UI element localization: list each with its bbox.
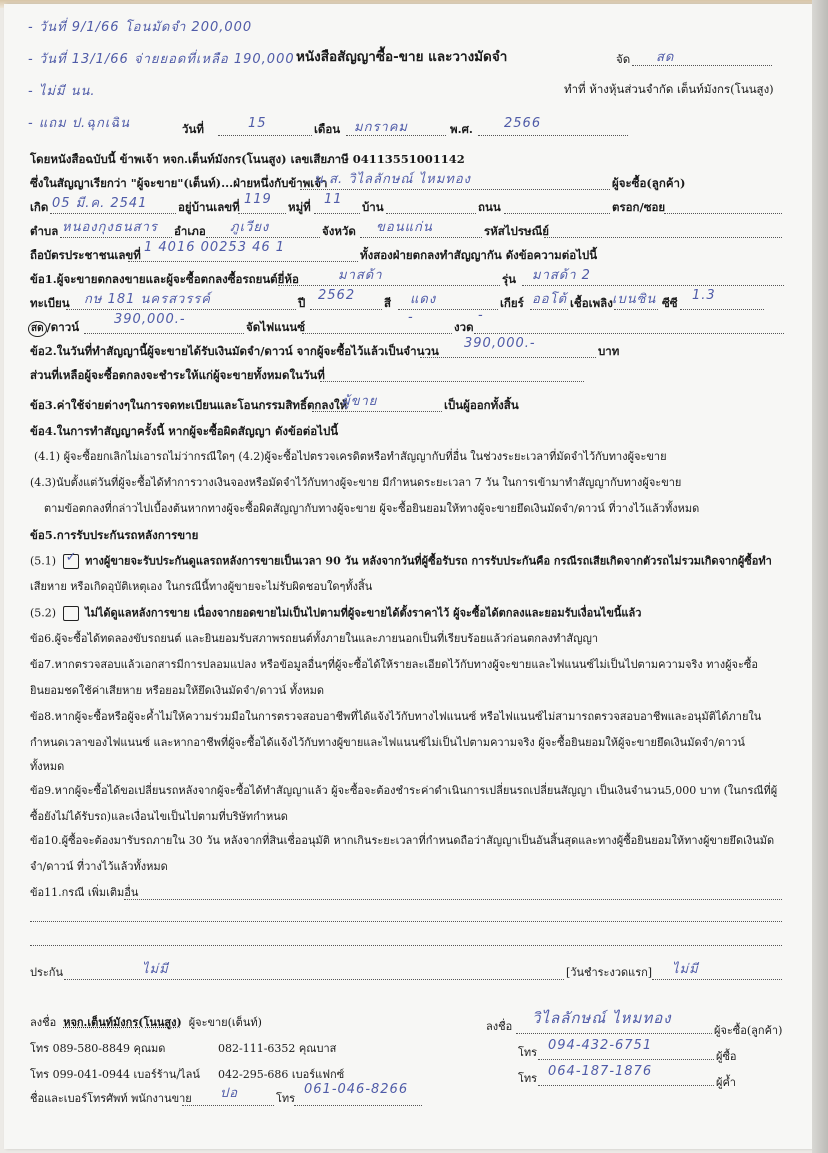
clause7-line2: ยินยอมชดใช้ค่าเสียหาย หรือยอมให้ยึดเงินม…: [30, 684, 324, 698]
note-balance: - วันที่ 13/1/66 จ่ายยอดที่เหลือ 190,000: [28, 48, 295, 69]
fuel-value: เบนซิน: [612, 288, 656, 309]
insurance-value: ไม่มี: [142, 958, 169, 979]
finance-line: [302, 332, 452, 334]
reg-label: ทะเบียน: [30, 296, 70, 310]
clause2-label: ข้อ2.ในวันที่ทำสัญญานี้ผู้จะขายได้รับเงิ…: [30, 344, 439, 358]
jad-value: สด: [656, 46, 674, 67]
down-value: 390,000.-: [114, 312, 186, 327]
clause3-suffix: เป็นผู้ออกทั้งสิ้น: [444, 398, 519, 412]
gear-label: เกียร์: [500, 296, 524, 310]
insurance-line: [64, 978, 564, 980]
soi-line: [664, 212, 782, 214]
cc-value: 1.3: [692, 288, 716, 303]
tambon-label: ตำบล: [30, 224, 58, 238]
phone3: โทร 099-041-0944 เบอร์ร้าน/ไลน์: [30, 1068, 200, 1082]
check-mark-icon: ✓: [66, 551, 77, 565]
clause3-label: ข้อ3.ค่าใช้จ่ายต่างๆในการจดทะเบียนและโอน…: [30, 398, 347, 412]
installment-label: งวด: [454, 320, 474, 334]
village-line: [386, 212, 476, 214]
salesperson-name-line: [182, 1104, 274, 1106]
clause5-label: ข้อ5.การรับประกันรถหลังการขาย: [30, 528, 198, 542]
amphoe-label: อำเภอ: [174, 224, 206, 238]
clause11-line1: [124, 898, 782, 900]
seller-sign-label: ลงชื่อ: [30, 1016, 56, 1029]
insurance-label: ประกัน: [30, 966, 63, 980]
installment-value: -: [478, 308, 484, 323]
buyer-label: ผู้จะซื้อ(ลูกค้า): [612, 176, 685, 190]
guarantor-phone-line: [538, 1084, 714, 1086]
month-label: เดือน: [314, 122, 340, 136]
salesperson-label: ชื่อและเบอร์โทรศัพท์ พนักงานขาย: [30, 1092, 192, 1106]
phone1: โทร 089-580-8849 คุณมด: [30, 1042, 165, 1056]
guarantor-phone: 064-187-1876: [548, 1064, 652, 1079]
clause4-line1: (4.1) ผู้จะซื้อยกเลิกไม่เอารถไม่ว่ากรณีใ…: [34, 450, 667, 464]
clause4-line3: ตามข้อตกลงที่กล่าวไปเบื้องต้นหากทางผู้จะ…: [44, 502, 699, 516]
payment-type: สด/ดาวน์: [28, 320, 79, 337]
clause2-amount: 390,000.-: [464, 336, 536, 351]
made-at: ทำที่ ห้างหุ้นส่วนจำกัด เต็นท์มังกร(โนนส…: [564, 82, 774, 96]
clause11-line3: [30, 944, 782, 946]
clause2-amount-line: [420, 356, 596, 358]
clause7-line1: ข้อ7.หากตรวจสอบแล้วเอกสารมีการปลอมแปลง ห…: [30, 658, 758, 672]
clause8-line3: ทั้งหมด: [30, 760, 64, 774]
first-payment-label: [วันชำระงวดแรก]: [566, 966, 652, 980]
contract-page: - วันที่ 9/1/66 โอนมัดจำ 200,000 - วันที…: [4, 4, 812, 1149]
buyer-phone-line: [538, 1058, 714, 1060]
brand-line: [278, 284, 500, 286]
intro-text: โดยหนังสือฉบับนี้ ข้าพเจ้า หจก.เต็นท์มัง…: [30, 152, 465, 166]
day-label: วันที่: [182, 122, 204, 136]
down-label: /ดาวน์: [47, 320, 79, 334]
salesperson-name: ปอ: [220, 1082, 238, 1103]
month-value: มกราคม: [354, 116, 408, 137]
paper-edge-shadow: [812, 0, 828, 1153]
id-label: ถือบัตรประชาชนเลขที่: [30, 248, 141, 262]
clause11-line2: [30, 920, 782, 922]
soi-label: ตรอก/ซอย: [612, 200, 665, 214]
clause5-opt1: (5.1) ✓ ทางผู้ขายจะรับประกันดูแลรถหลังกา…: [30, 554, 772, 569]
cc-line: [680, 308, 764, 310]
salesperson-phone: 061-046-8266: [304, 1082, 408, 1097]
year-label: พ.ศ.: [450, 122, 473, 136]
model-label: รุ่น: [502, 272, 516, 286]
opt2-line1: ไม่ได้ดูแลหลังการขาย เนื่องจากยอดขายไม่เ…: [85, 607, 641, 620]
moo-line: [314, 212, 360, 214]
warranty-90-checkbox[interactable]: ✓: [63, 554, 79, 569]
opt1-line1: ทางผู้ขายจะรับประกันดูแลรถหลังการขายเป็น…: [85, 555, 772, 568]
opt1-line2: เสียหาย หรือเกิดอุบัติเหตุเอง ในกรณีนี้ท…: [30, 580, 372, 594]
seller-line: ซึ่งในสัญญาเรียกว่า "ผู้จะขาย"(เต็นท์)..…: [30, 176, 327, 190]
jad-line: [632, 64, 772, 66]
color-value: แดง: [410, 288, 436, 309]
model-value: มาสด้า 2: [532, 264, 591, 285]
clause8-line2: กำหนดเวลาของไฟแนนซ์ และหากอาชีพที่ผู้จะซ…: [30, 736, 745, 750]
year-value: 2566: [504, 116, 541, 131]
buyer-phone-label: โทร: [518, 1046, 537, 1060]
opt2-num: (5.2): [30, 607, 56, 620]
clause4-label: ข้อ4.ในการทำสัญญาครั้งนี้ หากผู้จะซื้อผิ…: [30, 424, 338, 438]
clause6: ข้อ6.ผู้จะซื้อได้ทดลองขับรถยนต์ และยินยอ…: [30, 632, 598, 646]
clause3-value: ผู้ขาย: [342, 390, 377, 411]
road-line: [504, 212, 610, 214]
guarantor-phone-label: โทร: [518, 1072, 537, 1086]
note-deposit: - วันที่ 9/1/66 โอนมัดจำ 200,000: [28, 16, 252, 37]
clause11-label: ข้อ11.กรณี เพิ่มเติมอื่น: [30, 886, 138, 900]
seller-sign-name: หจก.เต็นท์มังกร(โนนสูง): [63, 1016, 182, 1029]
finance-value: -: [408, 310, 414, 325]
note-no-weight: - ไม่มี นน.: [28, 80, 96, 101]
buyer-signature: วิไลลักษณ์ ไหมทอง: [532, 1006, 672, 1030]
province-label: จังหวัด: [322, 224, 356, 238]
fuel-label: เชื้อเพลิง: [570, 296, 613, 310]
amphoe-value: ภูเวียง: [230, 216, 269, 237]
clause2-remaining-line: [320, 380, 584, 382]
finance-label: จัดไฟแนนซ์: [246, 320, 305, 334]
gear-value: ออโต้: [532, 288, 567, 309]
buyer-sign-label: ลงชื่อ: [486, 1020, 512, 1034]
clause4-line2: (4.3)นับตั้งแต่วันที่ผู้จะซื้อได้ทำการวา…: [30, 476, 681, 490]
cc-label: ซีซี: [662, 296, 678, 310]
down-line: [84, 332, 244, 334]
reg-value: กษ 181 นครสวรรค์: [84, 288, 211, 309]
house-no-label: อยู่บ้านเลขที่: [178, 200, 240, 214]
moo-value: 11: [324, 192, 343, 207]
buyer-name: น.ส. วิไลลักษณ์ ไหมทอง: [314, 168, 471, 189]
id-line: [128, 260, 358, 262]
clause9-line1: ข้อ9.หากผู้จะซื้อได้ขอเปลี่ยนรถหลังจากผู…: [30, 784, 777, 798]
phone2: 082-111-6352 คุณบาส: [218, 1042, 336, 1056]
postcode-line: [544, 236, 782, 238]
page-title: หนังสือสัญญาซื้อ-ขาย และวางมัดจำ: [296, 50, 507, 64]
day-line: [218, 134, 312, 136]
note-freebie: - แถม ป.ฉุกเฉิน: [28, 112, 130, 133]
buyer-sign-role: ผู้จะซื้อ(ลูกค้า): [714, 1024, 782, 1038]
jad-label: จัด: [616, 52, 630, 66]
opt1-num: (5.1): [30, 555, 56, 568]
installment-line: [474, 332, 784, 334]
color-label: สี: [384, 296, 391, 310]
salesperson-phone-line: [294, 1104, 422, 1106]
house-no-value: 119: [244, 192, 272, 207]
year-label-car: ปี: [298, 296, 305, 310]
clause2-unit: บาท: [598, 344, 619, 358]
no-warranty-checkbox[interactable]: [63, 606, 79, 621]
tambon-value: หนองกุงธนสาร: [62, 216, 158, 237]
moo-label: หมู่ที่: [288, 200, 311, 214]
salesperson-phone-label: โทร: [276, 1092, 295, 1106]
province-value: ขอนแก่น: [376, 216, 433, 237]
born-value: 05 มี.ค. 2541: [52, 192, 147, 213]
clause9-line2: ซื้อยังไม่ได้รับรถ)และเงื่อนไขเป็นไปตามท…: [30, 810, 288, 824]
clause8-line1: ข้อ8.หากผู้จะซื้อหรือผู้จะค้ำไม่ให้ความร…: [30, 710, 761, 724]
day-value: 15: [248, 116, 267, 131]
buyer-sign-line: [516, 1032, 712, 1034]
born-label: เกิด: [30, 200, 48, 214]
phone4: 042-295-686 เบอร์แฟกซ์: [218, 1068, 344, 1082]
car-year-value: 2562: [318, 288, 355, 303]
road-label: ถนน: [478, 200, 501, 214]
postcode-label: รหัสไปรษณีย์: [484, 224, 549, 238]
seller-sign-role: ผู้จะขาย(เต็นท์): [189, 1016, 262, 1029]
village-label: บ้าน: [362, 200, 384, 214]
buyer-phone: 094-432-6751: [548, 1038, 652, 1053]
house-no-line: [238, 212, 286, 214]
clause10-line2: จำ/ดาวน์ ที่วางไว้แล้วทั้งหมด: [30, 860, 168, 874]
car-year-line: [310, 308, 382, 310]
cash-circled: สด: [28, 321, 47, 337]
id-suffix: ทั้งสองฝ่ายตกลงทำสัญญากัน ดังข้อความต่อไ…: [360, 248, 597, 262]
seller-signature-block: ลงชื่อ หจก.เต็นท์มังกร(โนนสูง) ผู้จะขาย(…: [30, 1016, 262, 1030]
buyer-phone-role: ผู้ซื้อ: [716, 1050, 737, 1064]
brand-value: มาสด้า: [338, 264, 383, 285]
guarantor-phone-role: ผู้ค้ำ: [716, 1076, 736, 1090]
clause1-label: ข้อ1.ผู้จะขายตกลงขายและผู้จะซื้อตกลงซื้อ…: [30, 272, 299, 286]
id-value: 1 4016 00253 46 1: [144, 240, 285, 255]
clause10-line1: ข้อ10.ผู้ซื้อจะต้องมารับรถภายใน 30 วัน ห…: [30, 834, 774, 848]
year-line: [478, 134, 628, 136]
first-payment-value: ไม่มี: [672, 958, 699, 979]
clause5-opt2: (5.2) ไม่ได้ดูแลหลังการขาย เนื่องจากยอดข…: [30, 606, 641, 621]
clause2-remaining: ส่วนที่เหลือผู้จะซื้อตกลงจะชำระให้แก่ผู้…: [30, 368, 325, 382]
